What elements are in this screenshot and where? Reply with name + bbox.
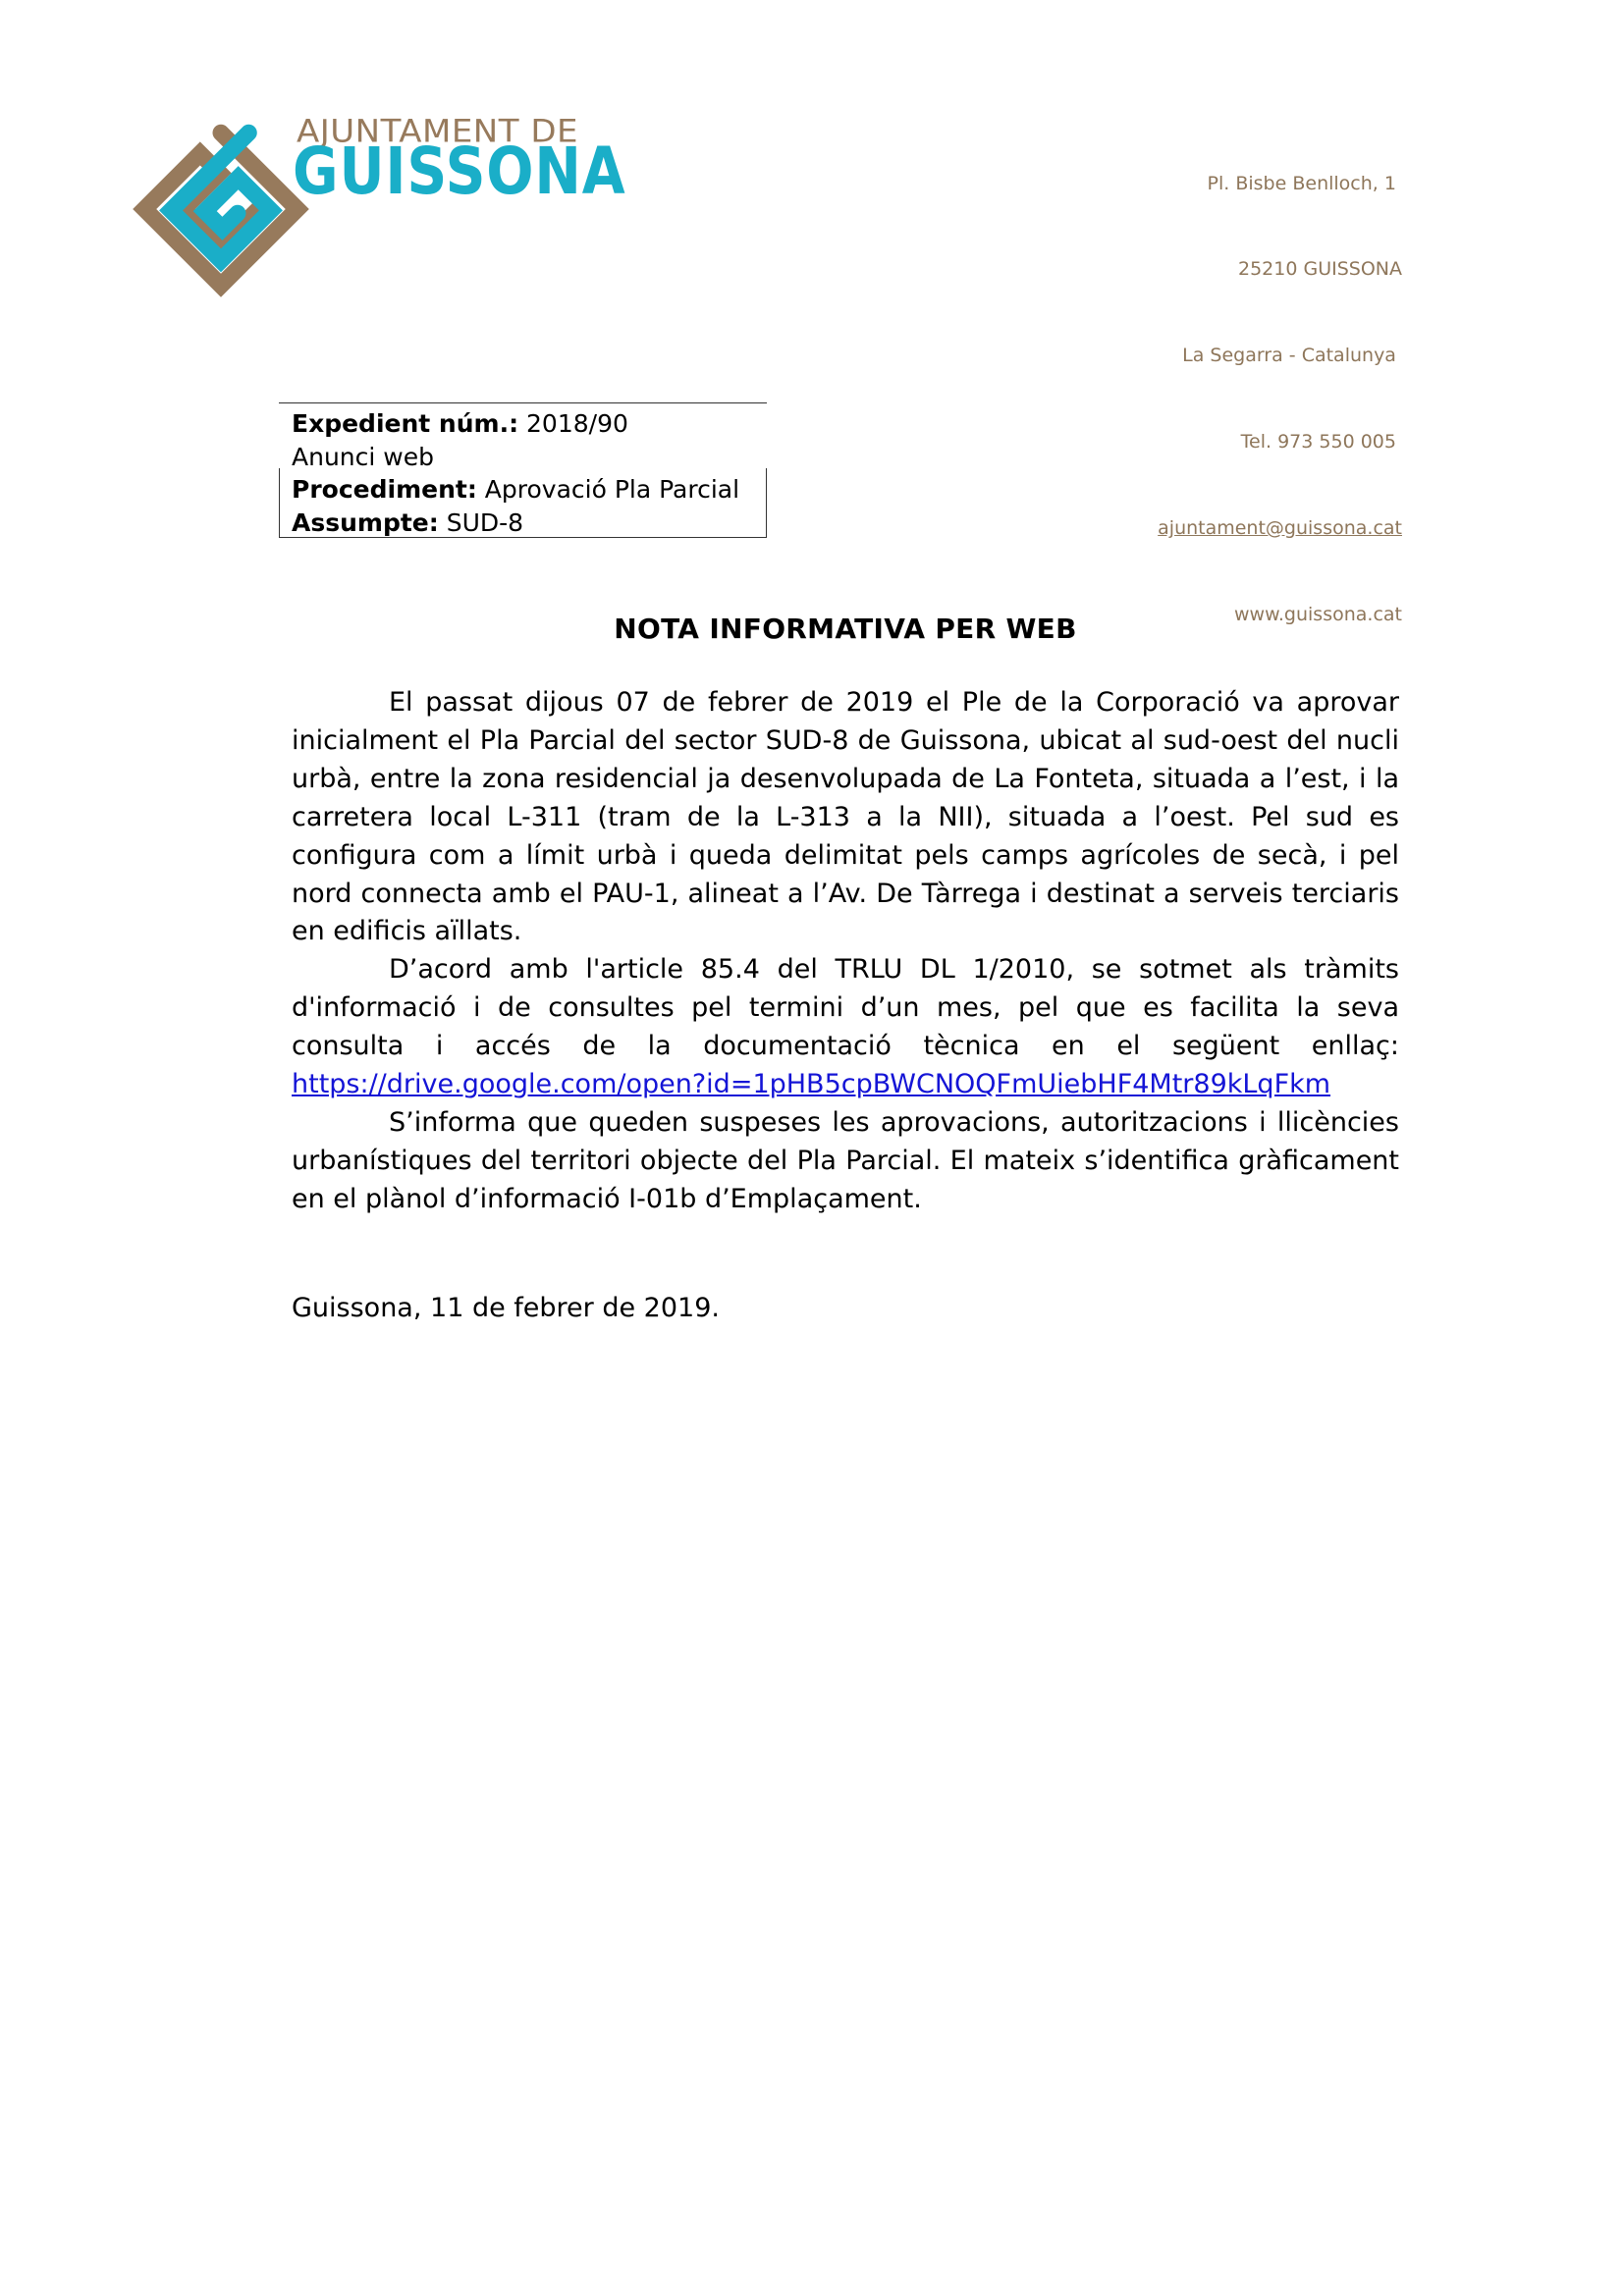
expedient-number-row: Expedient núm.: 2018/90 [292, 407, 739, 441]
subject-value: SUD-8 [439, 508, 523, 537]
expedient-type: Anunci web [292, 441, 739, 474]
subject-label: Assumpte: [292, 508, 439, 537]
box-top-rule [279, 402, 767, 403]
procedure-label: Procediment: [292, 475, 477, 504]
address-region: La Segarra - Catalunya [1158, 342, 1402, 370]
document-body: El passat dijous 07 de febrer de 2019 el… [292, 684, 1399, 1219]
municipality-logo: AJUNTAMENT DE Guissona [128, 116, 658, 302]
procedure-row: Procediment: Aprovació Pla Parcial [292, 473, 739, 507]
subject-row: Assumpte: SUD-8 [292, 507, 739, 540]
document-title: NOTA INFORMATIVA PER WEB [292, 613, 1399, 646]
documentation-link[interactable]: https://drive.google.com/open?id=1pHB5cp… [292, 1069, 1330, 1099]
email-link[interactable]: ajuntament@guissona.cat [1158, 514, 1402, 543]
paragraph-approval: El passat dijous 07 de febrer de 2019 el… [292, 684, 1399, 951]
procedure-value: Aprovació Pla Parcial [477, 475, 739, 504]
expedient-number-label: Expedient núm.: [292, 409, 518, 438]
paragraph-suspension: S’informa que queden suspeses les aprova… [292, 1104, 1399, 1219]
address-street: Pl. Bisbe Benlloch, 1 [1158, 170, 1402, 198]
contact-address-block: Pl. Bisbe Benlloch, 1 25210 GUISSONA La … [1158, 112, 1402, 659]
paragraph-consultation: D’acord amb l'article 85.4 del TRLU DL 1… [292, 951, 1399, 1104]
address-phone: Tel. 973 550 005 [1158, 428, 1402, 456]
paragraph-consultation-text: D’acord amb l'article 85.4 del TRLU DL 1… [292, 954, 1399, 1061]
logo-text-guissona: Guissona [293, 139, 626, 204]
place-and-date: Guissona, 11 de febrer de 2019. [292, 1290, 720, 1328]
address-postal-code: 25210 GUISSONA [1158, 255, 1402, 284]
expedient-info-box: Expedient núm.: 2018/90 Anunci web Proce… [279, 402, 767, 537]
expedient-number-value: 2018/90 [518, 409, 628, 438]
